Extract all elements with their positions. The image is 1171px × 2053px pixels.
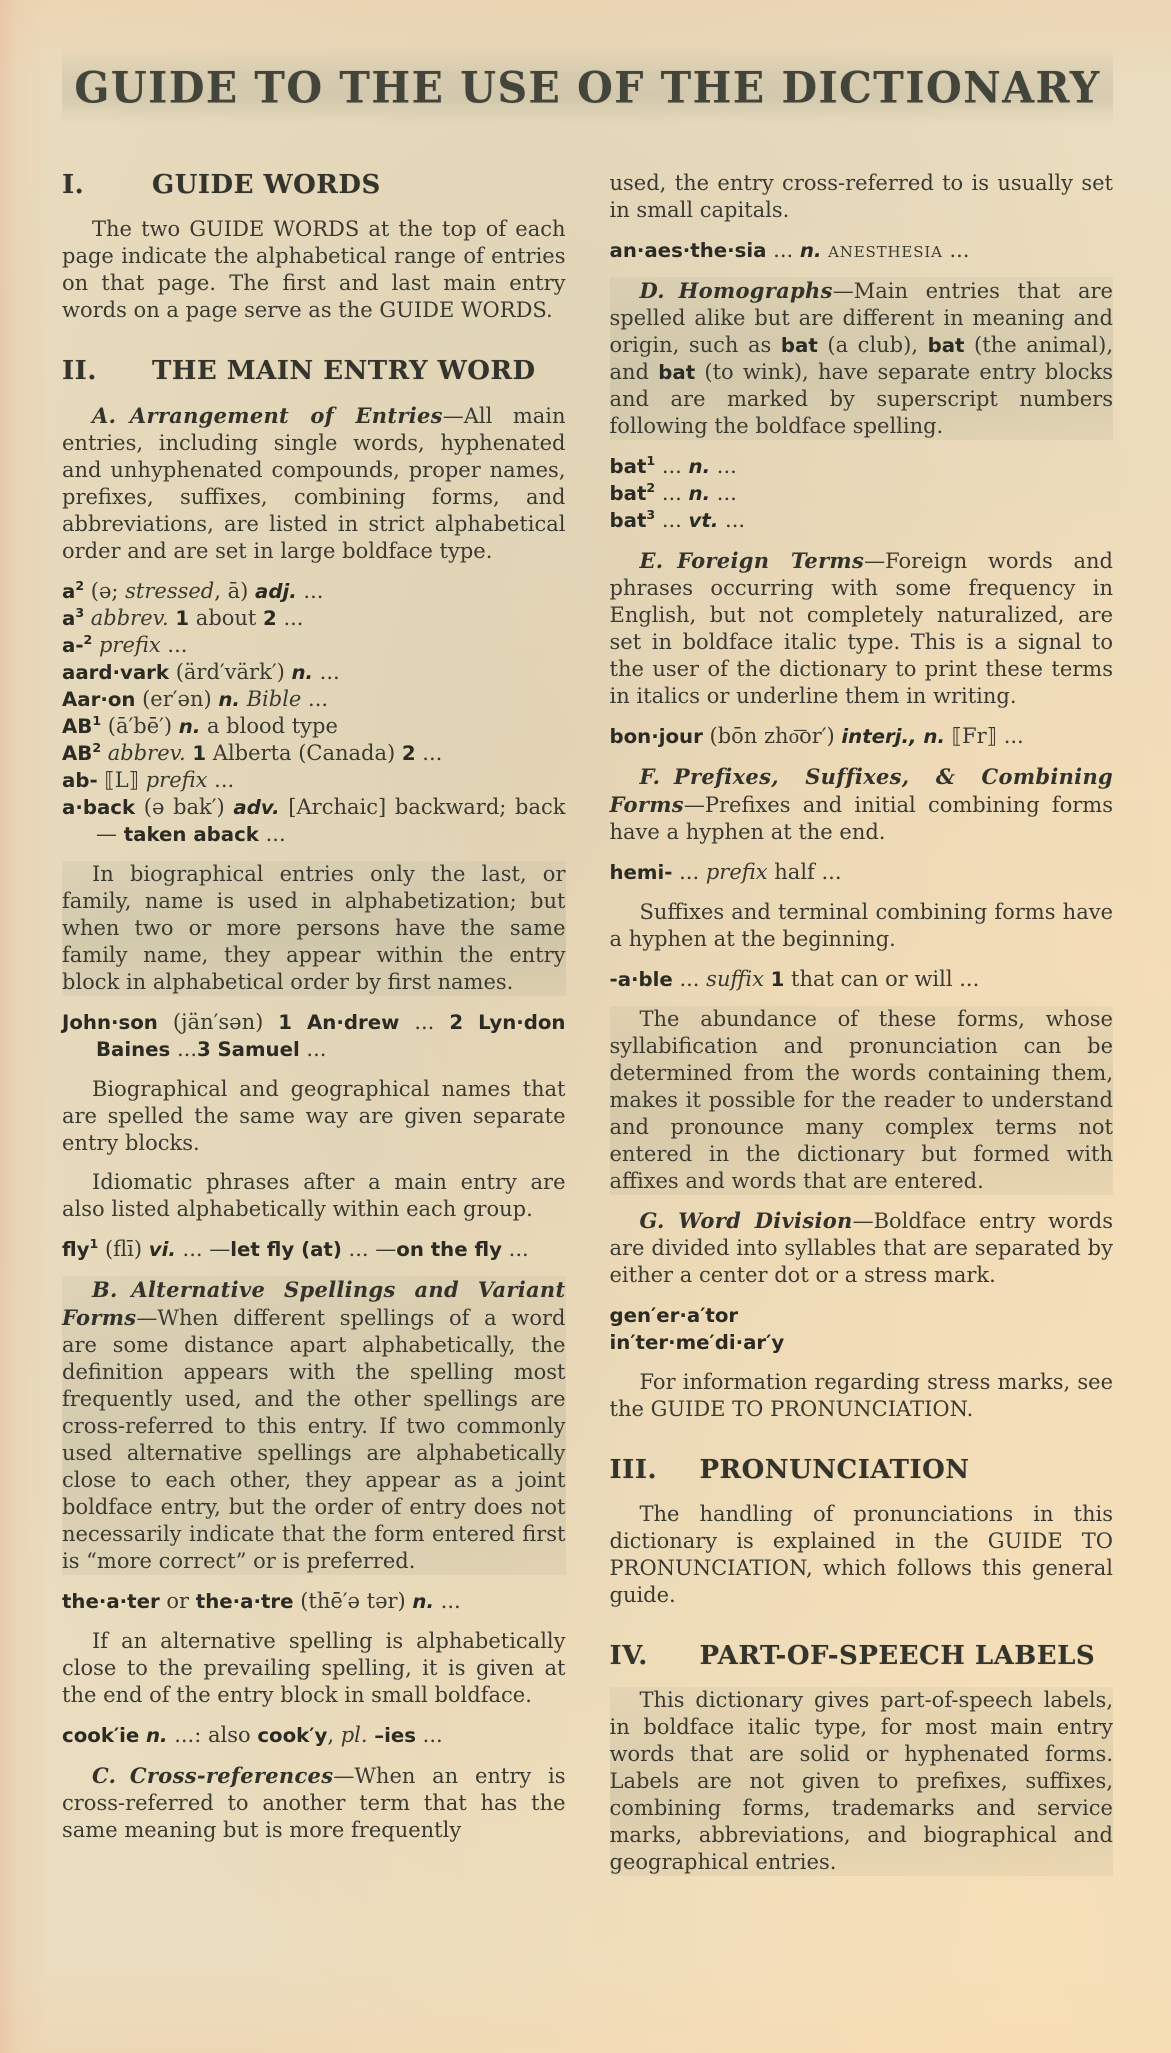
text-segment (92, 633, 99, 657)
text-segment: prefix (146, 768, 208, 792)
text-segment: ... (655, 508, 688, 532)
text-segment: 1 (646, 453, 655, 468)
text-segment: 1 (92, 713, 101, 728)
section-number: I. (62, 170, 152, 200)
body-paragraph: Idiomatic phrases after a main entry are… (62, 1169, 566, 1223)
body-paragraph: The two GUIDE WORDS at the top of each p… (62, 216, 566, 324)
dictionary-entry-example: bon·jour (bōn zho͞or′) interj., n. ⟦Fr⟧ … (610, 723, 1114, 750)
text-segment: ... (170, 1037, 197, 1061)
text-segment: abbrev. (108, 741, 186, 765)
dictionary-entry-example: AB1 (ā′bē′) n. a blood type (62, 713, 566, 740)
text-segment: let fly (at) (230, 1238, 342, 1261)
text-segment: Cross-references (130, 1763, 333, 1788)
text-segment: AB (62, 742, 92, 765)
dictionary-entry-example: in′ter·me′di·ar′y (610, 1329, 1114, 1356)
text-segment: ... — (176, 1237, 230, 1261)
text-segment: (ə; (84, 579, 125, 603)
text-segment: 1 (90, 1236, 99, 1251)
text-segment: ... (502, 1237, 529, 1261)
text-segment: A. (92, 403, 116, 428)
text-segment: the·a·tre (196, 1590, 294, 1613)
text-segment: John·son (62, 1011, 158, 1034)
text-segment: E. (640, 548, 664, 573)
text-segment: An·drew (307, 1011, 399, 1034)
body-paragraph: The abundance of these forms, whose syll… (610, 1006, 1114, 1195)
text-segment: used, the entry cross-referred to is usu… (610, 171, 1114, 222)
text-segment: Samuel (217, 1038, 299, 1061)
text-segment: Idiomatic phrases after a main entry are… (62, 1170, 566, 1221)
text-segment: ... (767, 238, 800, 262)
dictionary-entry-example: gen′er·a′tor (610, 1302, 1114, 1329)
dictionary-entry-example: cook′ie n. ...: also cook′y, pl. –ies ..… (62, 1722, 566, 1749)
body-paragraph: B.Alternative Spellings and Variant Form… (62, 1276, 566, 1575)
text-segment: bat (781, 334, 818, 357)
text-segment (84, 606, 91, 630)
text-segment: pl. (341, 1723, 368, 1747)
text-segment (101, 741, 108, 765)
text-segment: n. (218, 688, 240, 711)
dictionary-entry-example: bat1 ... n. ... (610, 453, 1114, 480)
text-segment: 2 (263, 607, 277, 630)
text-segment: , ā) (214, 579, 255, 603)
text-segment: adv. (233, 796, 279, 819)
text-segment: (ə bak′) (135, 795, 233, 819)
text-segment: B. (92, 1277, 118, 1302)
dictionary-entry-example: aard·vark (ärd′värk′) n. ... (62, 659, 566, 686)
text-segment: interj., n. (841, 725, 945, 748)
text-segment (292, 1010, 307, 1034)
text-segment: ... (655, 481, 688, 505)
text-segment: (thē′ə tər) (294, 1589, 413, 1613)
body-paragraph: C.Cross-references—When an entry is cros… (62, 1762, 566, 1844)
text-segment: In biographical entries only the last, o… (62, 862, 566, 994)
text-segment: bon·jour (610, 725, 703, 748)
body-paragraph: Suffixes and terminal combining forms ha… (610, 899, 1114, 953)
text-segment: gen′er·a′tor (610, 1304, 739, 1327)
text-segment: (ā′bē′) (101, 714, 179, 738)
section-heading: II.THE MAIN ENTRY WORD (62, 356, 566, 386)
text-segment: prefix (99, 633, 161, 657)
text-segment: For information regarding stress marks, … (610, 1370, 1114, 1421)
body-paragraph: used, the entry cross-referred to is usu… (610, 170, 1114, 224)
text-segment: ... (208, 768, 235, 792)
text-segment: ⟦L⟧ (98, 768, 146, 792)
text-segment: ... (673, 967, 706, 991)
text-segment: stressed (125, 579, 214, 603)
text-segment: 3 (75, 605, 84, 620)
text-segment: ... (259, 822, 286, 846)
dictionary-entry-example: ab- ⟦L⟧ prefix ... (62, 767, 566, 794)
text-segment: 2 (92, 740, 101, 755)
text-segment: a blood type (200, 714, 338, 738)
text-segment: cook′ie (62, 1724, 139, 1747)
dictionary-entry-example: a2 (ə; stressed, ā) adj. ... (62, 578, 566, 605)
text-segment: a·back (62, 796, 135, 819)
text-segment: -a·ble (610, 968, 673, 991)
text-segment: abbrev. (91, 606, 169, 630)
body-paragraph: The handling of pronunciations in this d… (610, 1501, 1114, 1609)
text-segment: ...: also (168, 1723, 258, 1747)
text-segment: ... (710, 454, 737, 478)
text-segment: The two GUIDE WORDS at the top of each p… (62, 217, 566, 322)
text-segment: n. (412, 1590, 434, 1613)
text-segment: The abundance of these forms, whose syll… (610, 1007, 1114, 1193)
text-segment: n. (689, 482, 711, 505)
text-segment: bat (610, 509, 647, 532)
text-segment: n. (146, 1724, 168, 1747)
text-segment: vi. (149, 1238, 176, 1261)
text-segment: in′ter·me′di·ar′y (610, 1331, 785, 1354)
text-segment: Foreign Terms (677, 548, 864, 573)
dictionary-entry-example: Aar·on (er′ən) n. Bible ... (62, 686, 566, 713)
text-segment: Suffixes and terminal combining forms ha… (610, 900, 1114, 951)
title-band: GUIDE TO THE USE OF THE DICTIONARY (62, 48, 1113, 124)
text-segment: ... (297, 579, 324, 603)
text-segment: anesthesia (828, 238, 943, 262)
text-segment: bat (610, 482, 647, 505)
text-segment: a (62, 607, 75, 630)
body-paragraph: If an alternative spelling is alphabetic… (62, 1628, 566, 1709)
text-segment: D. (640, 278, 665, 303)
text-segment: G. (640, 1208, 665, 1233)
section-heading: III.PRONUNCIATION (610, 1455, 1114, 1485)
text-segment: ... (399, 1010, 449, 1034)
text-segment: Alberta (Canada) (206, 741, 402, 765)
text-segment: prefix (706, 860, 768, 884)
text-segment: —Prefixes and initial combining forms ha… (610, 793, 1114, 844)
text-segment: ... — (342, 1237, 396, 1261)
text-segment: AB (62, 715, 92, 738)
body-paragraph: F.Prefixes, Suffixes, & Combining Forms—… (610, 763, 1114, 846)
text-segment: If an alternative spelling is alphabetic… (62, 1629, 566, 1707)
text-segment: bat (610, 455, 647, 478)
text-segment: n. (800, 239, 822, 262)
text-segment: 1 (192, 742, 206, 765)
two-column-layout: I.GUIDE WORDSThe two GUIDE WORDS at the … (62, 170, 1113, 1888)
body-paragraph: D.Homographs—Main entries that are spell… (610, 277, 1114, 440)
text-segment: ... (161, 633, 188, 657)
text-segment: n. (291, 661, 313, 684)
text-segment: (bōn zho͞or′) (703, 724, 842, 748)
text-segment: ... (718, 508, 745, 532)
text-segment: Homographs (679, 278, 833, 303)
section-number: III. (610, 1455, 700, 1485)
text-segment: ... (277, 606, 304, 630)
text-segment: F. (640, 764, 661, 789)
dictionary-entry-example: bat2 ... n. ... (610, 480, 1114, 507)
section-title: PRONUNCIATION (700, 1455, 1114, 1485)
text-segment: an·aes·the·sia (610, 239, 767, 262)
text-segment: This dictionary gives part-of-speech lab… (610, 1688, 1114, 1874)
text-segment: a (62, 580, 75, 603)
text-segment: ... (710, 481, 737, 505)
section-title: THE MAIN ENTRY WORD (152, 356, 566, 386)
text-segment: C. (92, 1763, 116, 1788)
text-segment (463, 1010, 478, 1034)
text-segment: a- (62, 634, 84, 657)
text-segment (139, 1723, 146, 1747)
text-segment: The handling of pronunciations in this d… (610, 1502, 1114, 1607)
text-segment: on the fly (396, 1238, 502, 1261)
dictionary-entry-example: a·back (ə bak′) adv. [Archaic] backward;… (62, 794, 566, 848)
dictionary-entry-example: -a·ble ... suffix 1 that can or will ... (610, 966, 1114, 993)
text-segment: ab- (62, 769, 98, 792)
section-title: PART-OF-SPEECH LABELS (700, 1641, 1114, 1671)
text-segment: Arrangement of Entries (130, 403, 443, 428)
body-paragraph: In biographical entries only the last, o… (62, 861, 566, 996)
text-segment: Aar·on (62, 688, 135, 711)
section-number: IV. (610, 1641, 700, 1671)
text-segment: vt. (689, 509, 719, 532)
text-segment: aard·vark (62, 661, 169, 684)
text-segment: 3 (646, 507, 655, 522)
text-segment: –ies (374, 1724, 416, 1747)
dictionary-entry-example: an·aes·the·sia ... n. anesthesia ... (610, 237, 1114, 264)
dictionary-entry-example: fly1 (flī) vi. ... —let fly (at) ... —on… (62, 1236, 566, 1263)
text-segment: adj. (255, 580, 297, 603)
text-segment: taken aback (124, 823, 259, 846)
text-segment: 2 (75, 578, 84, 593)
text-segment: Bible (247, 687, 302, 711)
text-segment: suffix (706, 967, 764, 991)
section-heading: IV.PART-OF-SPEECH LABELS (610, 1641, 1114, 1671)
text-segment: 2 (646, 480, 655, 495)
text-segment: ... (655, 454, 688, 478)
dictionary-entry-example: a-2 prefix ... (62, 632, 566, 659)
text-segment: that can or will ... (784, 967, 979, 991)
text-segment: —When different spellings of a word are … (62, 1306, 566, 1573)
body-paragraph: G.Word Division—Boldface entry words are… (610, 1207, 1114, 1289)
text-segment: 3 (197, 1038, 211, 1061)
dictionary-entry-example: a3 abbrev. 1 about 2 ... (62, 605, 566, 632)
page-title: GUIDE TO THE USE OF THE DICTIONARY (62, 63, 1113, 113)
text-segment: 2 (402, 742, 416, 765)
body-paragraph: E.Foreign Terms—Foreign words and phrase… (610, 547, 1114, 710)
text-segment: ... (434, 1589, 461, 1613)
body-paragraph: A.Arrangement of Entries—All main entrie… (62, 402, 566, 565)
body-paragraph: Biographical and geographical names that… (62, 1076, 566, 1157)
text-segment: 1 (771, 968, 785, 991)
text-segment: 2 (449, 1011, 463, 1034)
text-segment: or (160, 1589, 196, 1613)
text-segment: (flī) (98, 1237, 148, 1261)
text-segment: the·a·ter (62, 1590, 160, 1613)
text-segment: ... (416, 741, 443, 765)
text-segment: ... (416, 1723, 443, 1747)
text-segment: bat (928, 334, 965, 357)
text-segment: , (327, 1723, 340, 1747)
text-segment: n. (689, 455, 711, 478)
body-paragraph: This dictionary gives part-of-speech lab… (610, 1687, 1114, 1876)
text-segment: cook′y (257, 1724, 327, 1747)
text-segment: (jän′sən) (158, 1010, 278, 1034)
text-segment: 1 (278, 1011, 292, 1034)
dictionary-entry-example: hemi- ... prefix half ... (610, 859, 1114, 886)
section-heading: I.GUIDE WORDS (62, 170, 566, 200)
dictionary-entry-example: John·son (jän′sən) 1 An·drew ... 2 Lyn·d… (62, 1009, 566, 1063)
right-column: used, the entry cross-referred to is usu… (610, 170, 1114, 1888)
text-segment: bat (658, 361, 695, 384)
text-segment: fly (62, 1238, 90, 1261)
text-segment: ... (301, 687, 328, 711)
text-segment (764, 967, 771, 991)
text-segment: Word Division (678, 1208, 852, 1233)
text-segment: 1 (175, 607, 189, 630)
dictionary-entry-example: the·a·ter or the·a·tre (thē′ə tər) n. ..… (62, 1588, 566, 1615)
text-segment: about (189, 606, 263, 630)
text-segment (240, 687, 247, 711)
body-paragraph: For information regarding stress marks, … (610, 1369, 1114, 1423)
section-title: GUIDE WORDS (152, 170, 566, 200)
text-segment: ... (313, 660, 340, 684)
text-segment: n. (179, 715, 201, 738)
text-segment: ... (672, 860, 705, 884)
text-segment: (a club), (818, 333, 928, 357)
text-segment: ... (943, 238, 970, 262)
section-number: II. (62, 356, 152, 386)
text-segment: half ... (768, 860, 842, 884)
text-segment: 2 (84, 632, 93, 647)
text-segment: Biographical and geographical names that… (62, 1077, 566, 1155)
text-segment: (ärd′värk′) (169, 660, 291, 684)
text-segment: hemi- (610, 861, 673, 884)
text-segment: ... (300, 1037, 327, 1061)
left-column: I.GUIDE WORDSThe two GUIDE WORDS at the … (62, 170, 566, 1888)
dictionary-guide-page: GUIDE TO THE USE OF THE DICTIONARY I.GUI… (0, 0, 1171, 2053)
text-segment: ⟦Fr⟧ ... (945, 724, 1024, 748)
dictionary-entry-example: bat3 ... vt. ... (610, 507, 1114, 534)
dictionary-entry-example: AB2 abbrev. 1 Alberta (Canada) 2 ... (62, 740, 566, 767)
text-segment: (er′ən) (135, 687, 218, 711)
